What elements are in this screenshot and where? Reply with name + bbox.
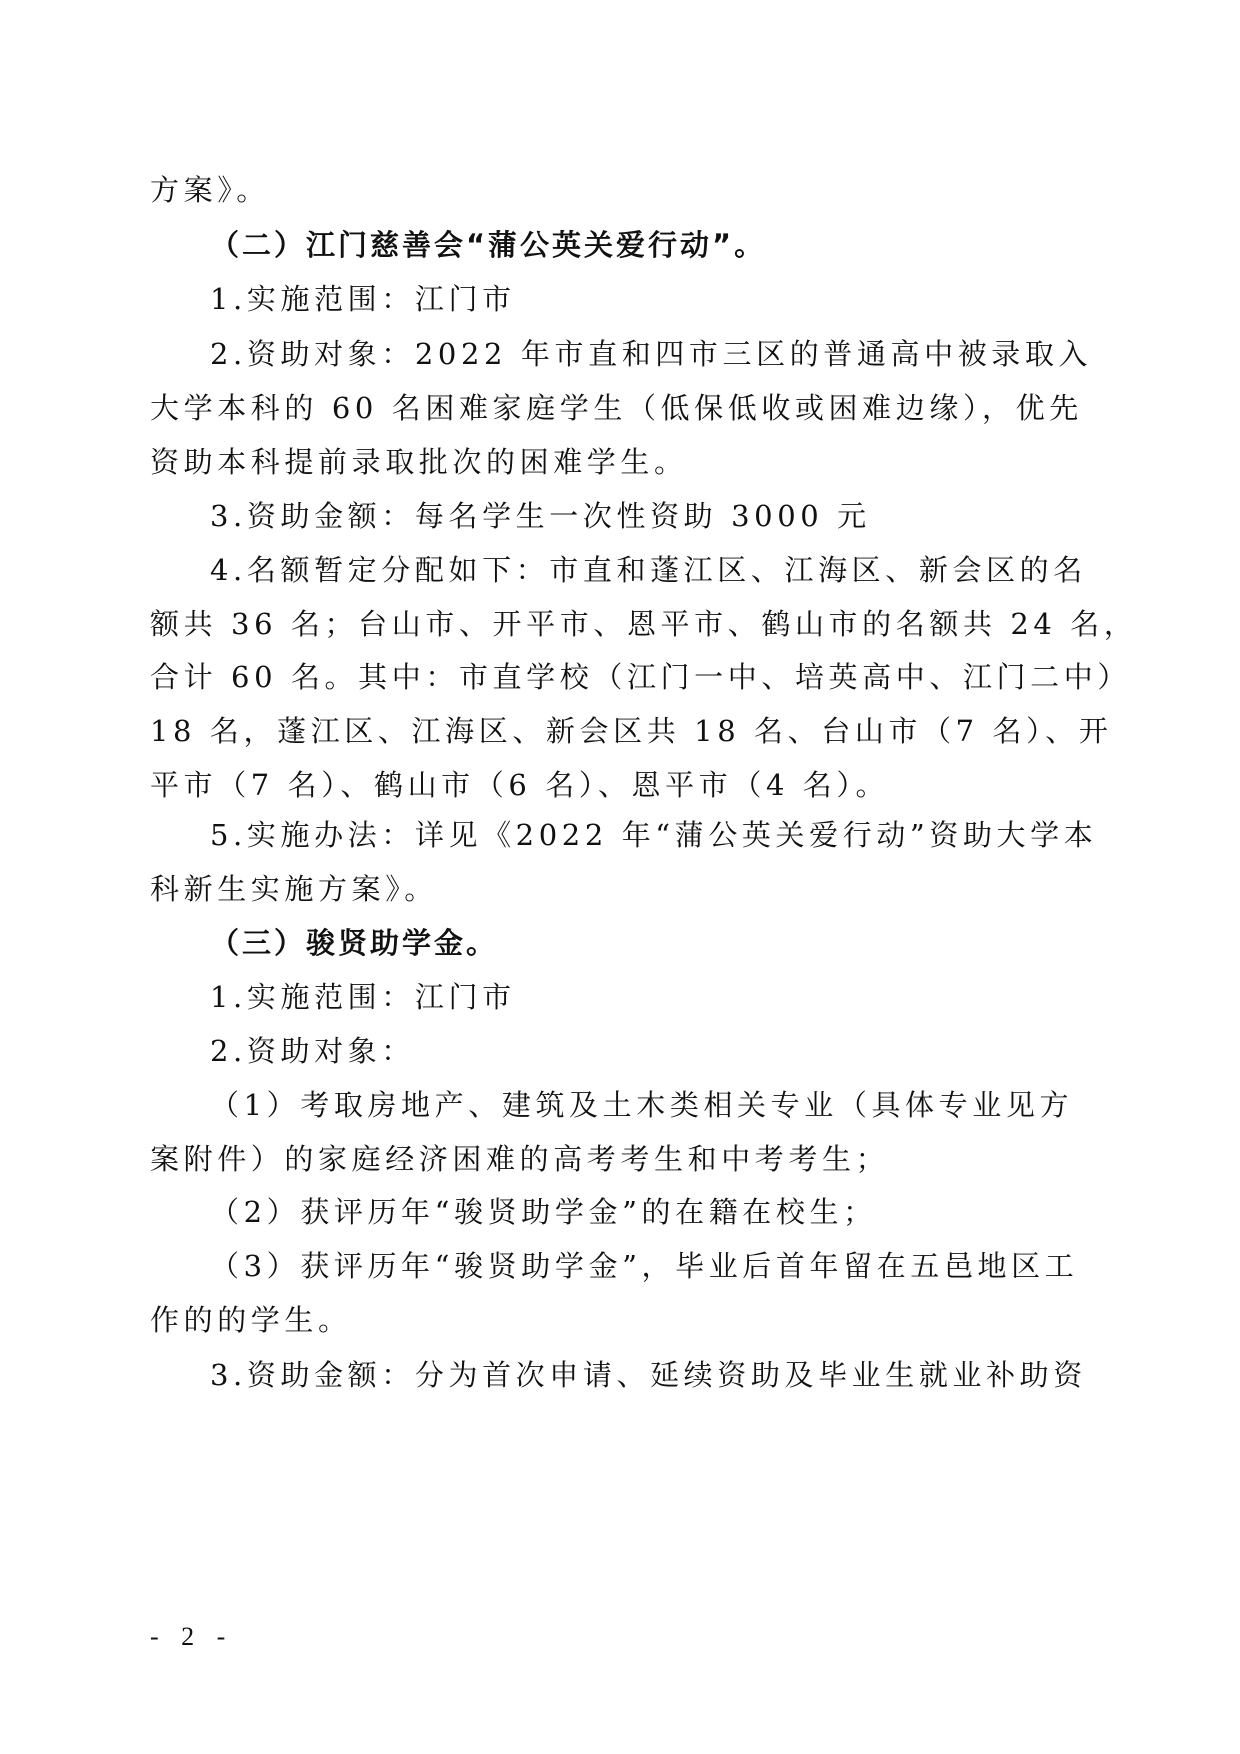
item-quota-cont: 额共 36 名；台山市、开平市、恩平市、鹤山市的名额共 24 名， — [150, 604, 1070, 644]
item-quota-cont: 平市（7 名）、鹤山市（6 名）、恩平市（4 名）。 — [150, 765, 1070, 805]
item-target: 2.资助对象： — [210, 1031, 1070, 1071]
item-target-cont: 大学本科的 60 名困难家庭学生（低保低收或困难边缘），优先 — [150, 388, 1070, 428]
sub-item-3: （3）获评历年“骏贤助学金”，毕业后首年留在五邑地区工 — [210, 1246, 1070, 1286]
item-method: 5.实施办法：详见《2022 年“蒲公英关爱行动”资助大学本 — [210, 815, 1070, 855]
paragraph-continuation: 方案》。 — [150, 170, 1070, 210]
sub-item-1-cont: 案附件）的家庭经济困难的高考考生和中考考生； — [150, 1139, 1070, 1179]
item-method-cont: 科新生实施方案》。 — [150, 869, 1070, 909]
item-quota: 4.名额暂定分配如下：市直和蓬江区、江海区、新会区的名 — [210, 550, 1070, 590]
item-scope: 1.实施范围：江门市 — [210, 279, 1070, 319]
section-heading-2: （二）江门慈善会“蒲公英关爱行动”。 — [210, 225, 1070, 265]
item-amount: 3.资助金额：每名学生一次性资助 3000 元 — [210, 496, 1070, 536]
item-target: 2.资助对象：2022 年市直和四市三区的普通高中被录取入 — [210, 334, 1070, 374]
sub-item-2: （2）获评历年“骏贤助学金”的在籍在校生； — [210, 1192, 1070, 1232]
item-scope: 1.实施范围：江门市 — [210, 977, 1070, 1017]
item-quota-cont: 合计 60 名。其中：市直学校（江门一中、培英高中、江门二中） — [150, 657, 1070, 697]
item-amount: 3.资助金额：分为首次申请、延续资助及毕业生就业补助资 — [210, 1355, 1070, 1395]
sub-item-1: （1）考取房地产、建筑及土木类相关专业（具体专业见方 — [210, 1085, 1070, 1125]
page-number: - 2 - — [150, 1620, 233, 1654]
item-quota-cont: 18 名，蓬江区、江海区、新会区共 18 名、台山市（7 名）、开 — [150, 711, 1070, 751]
document-page: 方案》。 （二）江门慈善会“蒲公英关爱行动”。 1.实施范围：江门市 2.资助对… — [0, 0, 1240, 1754]
item-target-cont: 资助本科提前录取批次的困难学生。 — [150, 442, 1070, 482]
sub-item-3-cont: 作的的学生。 — [150, 1300, 1070, 1340]
section-heading-3: （三）骏贤助学金。 — [210, 923, 1070, 963]
